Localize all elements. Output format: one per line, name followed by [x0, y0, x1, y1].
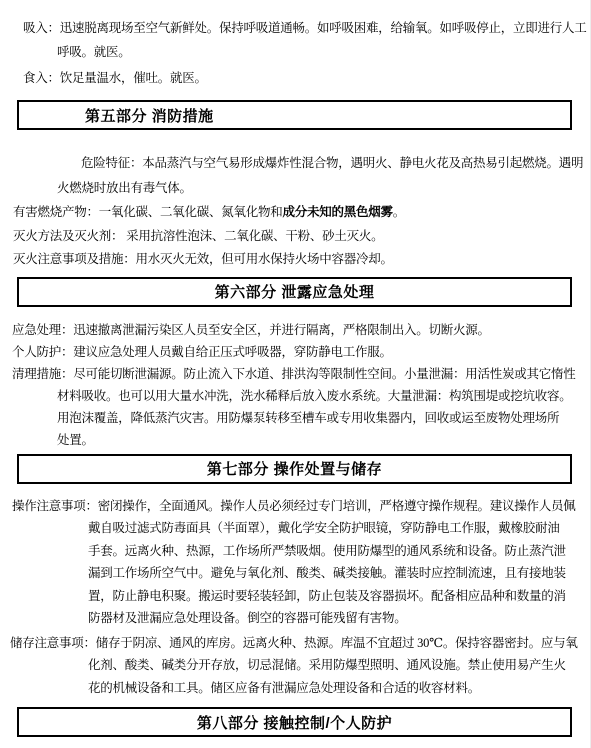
handling-line-3: 手套。远离火种、热源，工作场所严禁吸烟。使用防爆型的通风系统和设备。防止蒸汽泄 [0, 540, 590, 563]
msds-document-page: 吸入：迅速脱离现场至空气新鲜处。保持呼吸道通畅。如呼吸困难，给输氧。如呼吸停止，… [0, 0, 591, 748]
handling-line-4: 漏到工作场所空气中。避免与氧化剂、酸类、碱类接触。灌装时应控制流速，且有接地装 [0, 562, 590, 585]
handling-line-2: 戴自吸过滤式防毒面具（半面罩），戴化学安全防护眼镜，穿防静电工作服，戴橡胶耐油 [0, 517, 590, 540]
combustion-emphasis: 成分未知的黑色烟雾 [283, 205, 393, 219]
section7-title: 第七部分 操作处置与储存 [207, 458, 382, 479]
combustion-suffix: 。 [393, 205, 405, 219]
extinguishing-precaution-line: 灭火注意事项及措施：用水灭火无效，但可用水保持火场中容器冷却。 [0, 248, 590, 272]
section8-title: 第八部分 接触控制/个人防护 [197, 712, 392, 733]
handling-line-1: 操作注意事项：密闭操作，全面通风。操作人员必须经过专门培训，严格遵守操作规程。建… [0, 495, 590, 518]
section6-header: 第六部分 泄露应急处理 [17, 277, 572, 307]
storage-line-2: 化剂、酸类、碱类分开存放，切忌混储。采用防爆型照明、通风设施。禁止使用易产生火 [0, 654, 590, 677]
cleanup-line-3: 用泡沫覆盖，降低蒸汽灾害。用防爆泵转移至槽车或专用收集器内，回收或运至废物处理场… [0, 407, 590, 429]
section6-title: 第六部分 泄露应急处理 [215, 281, 375, 302]
cleanup-line-1: 清理措施：尽可能切断泄漏源。防止流入下水道、排洪沟等限制性空间。小量泄漏：用活性… [0, 363, 590, 385]
emergency-handling-line: 应急处理：迅速撤离泄漏污染区人员至安全区，并进行隔离，严格限制出入。切断火源。 [0, 319, 590, 341]
cleanup-line-2: 材料吸收。也可以用大量水冲洗，洗水稀释后放入废水系统。大量泄漏：构筑围堤或挖坑收… [0, 385, 590, 407]
section8-header: 第八部分 接触控制/个人防护 [17, 707, 572, 737]
storage-line-1: 储存注意事项：储存于阴凉、通风的库房。远离火种、热源。库温不宜超过 30℃。保持… [0, 632, 590, 655]
handling-line-6: 防器材及泄漏应急处理设备。倒空的容器可能残留有害物。 [0, 607, 590, 630]
inhalation-line-2: 呼吸。就医。 [0, 40, 590, 64]
hazard-line-1: 危险特征：本品蒸汽与空气易形成爆炸性混合物，遇明火、静电火花及高热易引起燃烧。遇… [0, 151, 590, 176]
section5-header: 第五部分 消防措施 [17, 100, 572, 130]
hazard-line-2: 火燃烧时放出有毒气体。 [0, 176, 590, 201]
ingestion-line: 食入：饮足量温水，催吐。就医。 [0, 66, 590, 90]
section7-header: 第七部分 操作处置与储存 [17, 454, 572, 484]
combustion-prefix: 有害燃烧产物：一氧化碳、二氧化碳、氮氧化物和 [13, 205, 283, 219]
inhalation-line-1: 吸入：迅速脱离现场至空气新鲜处。保持呼吸道通畅。如呼吸困难，给输氧。如呼吸停止，… [0, 16, 590, 40]
handling-line-5: 置，防止静电积聚。搬运时要轻装轻卸，防止包装及容器损坏。配备相应品种和数量的消 [0, 585, 590, 608]
section5-title: 第五部分 消防措施 [85, 105, 214, 126]
extinguishing-method-line: 灭火方法及灭火剂： 采用抗溶性泡沫、二氧化碳、干粉、砂土灭火。 [0, 225, 590, 249]
personal-protection-line: 个人防护：建议应急处理人员戴自给正压式呼吸器，穿防静电工作服。 [0, 341, 590, 363]
cleanup-line-4: 处置。 [0, 429, 590, 451]
storage-line-3: 花的机械设备和工具。储区应备有泄漏应急处理设备和合适的收容材料。 [0, 677, 590, 700]
combustion-products-line: 有害燃烧产物：一氧化碳、二氧化碳、氮氧化物和成分未知的黑色烟雾。 [0, 201, 590, 225]
